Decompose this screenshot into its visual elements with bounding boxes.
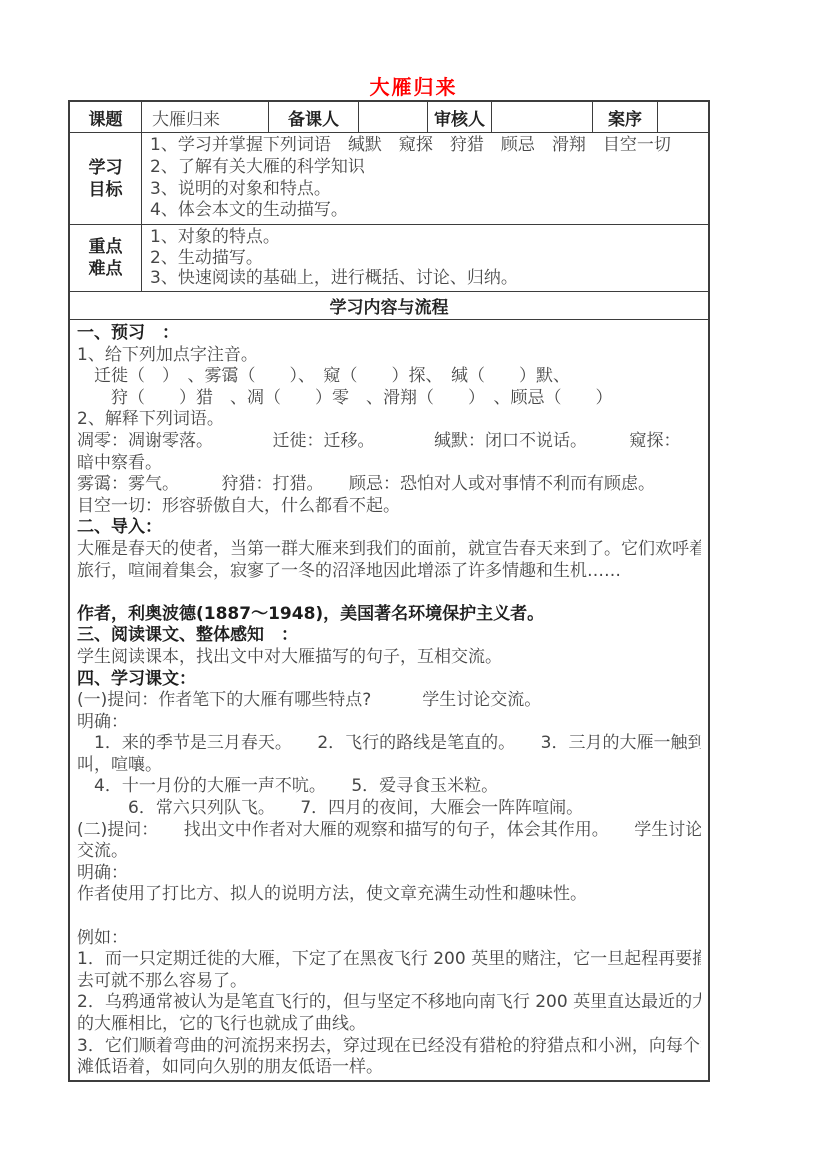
keypoints-label-line2: 难点 [89, 258, 123, 280]
text-line: 大雁是春天的使者，当第一群大雁来到我们的面前，就宣告春天来到了。它们欢呼着 [77, 539, 701, 561]
text-line: 4、体会本文的生动描写。 [150, 200, 700, 222]
text-line: 2．乌鸦通常被认为是笔直飞行的，但与坚定不移地向南飞行 200 英里直达最近的大… [77, 992, 701, 1014]
text-line: 1．而一只定期迁徙的大雁，下定了在黑夜飞行 200 英里的赌注，它一旦起程再要撤… [77, 949, 701, 971]
objectives-label-line1: 学习 [89, 157, 123, 179]
text-line: 2、了解有关大雁的科学知识 [150, 157, 700, 179]
text-line: 2、生动描写。 [150, 248, 700, 269]
text-line: 1、给下列加点字注音。 [77, 345, 701, 367]
text-line: 3、快速阅读的基础上，进行概括、讨论、归纳。 [150, 268, 700, 289]
header-row: 课题 大雁归来 备课人 审核人 案序 [70, 102, 708, 133]
cell-topic-value: 大雁归来 [142, 102, 269, 132]
text-line: 叫，喧嚷。 [77, 755, 701, 777]
text-line: (一)提问：作者笔下的大雁有哪些特点? 学生讨论交流。 [77, 690, 701, 712]
objectives-content: 1、学习并掌握下列词语 缄默 窥探 狩猎 顾忌 滑翔 目空一切2、了解有关大雁的… [142, 133, 708, 224]
text-line: 3、说明的对象和特点。 [150, 179, 700, 201]
text-line: 四、学习课文： [77, 669, 701, 691]
text-line: 例如： [77, 928, 701, 950]
cell-reviewer-value [492, 102, 593, 132]
objectives-label: 学习 目标 [70, 133, 142, 224]
keypoints-content: 1、对象的特点。2、生动描写。3、快速阅读的基础上，进行概括、讨论、归纳。 [142, 225, 708, 291]
text-line: 凋零：凋谢零落。 迁徙：迁移。 缄默：闭口不说话。 窥探： [77, 431, 701, 453]
objectives-label-line2: 目标 [89, 179, 123, 201]
cell-reviewer-label: 审核人 [428, 102, 492, 132]
text-line: 学生阅读课本，找出文中对大雁描写的句子，互相交流。 [77, 647, 701, 669]
objectives-row: 学习 目标 1、学习并掌握下列词语 缄默 窥探 狩猎 顾忌 滑翔 目空一切2、了… [70, 133, 708, 225]
keypoints-row: 重点 难点 1、对象的特点。2、生动描写。3、快速阅读的基础上，进行概括、讨论、… [70, 225, 708, 292]
text-line: 明确： [77, 712, 701, 734]
lesson-plan-table: 课题 大雁归来 备课人 审核人 案序 学习 目标 1、学习并掌握下列词语 缄默 … [68, 100, 710, 1082]
text-line: 1、学习并掌握下列词语 缄默 窥探 狩猎 顾忌 滑翔 目空一切 [150, 135, 700, 157]
text-line: 三、阅读课文、整体感知 ： [77, 625, 701, 647]
cell-case-order-label: 案序 [593, 102, 658, 132]
text-line: 一、预习 ： [77, 323, 701, 345]
keypoints-label-line1: 重点 [89, 236, 123, 258]
cell-preparer-label: 备课人 [269, 102, 359, 132]
text-line: 雾霭：雾气。 狩猎：打猎。 顾忌：恐怕对人或对事情不利而有顾虑。 [77, 474, 701, 496]
text-line [77, 906, 701, 928]
text-line: 1、对象的特点。 [150, 227, 700, 248]
document-page: 大雁归来 课题 大雁归来 备课人 审核人 案序 学习 目标 1、学习并掌握下列词… [0, 0, 827, 1169]
cell-case-order-value [658, 102, 708, 132]
cell-preparer-value [359, 102, 428, 132]
text-line: 作者使用了打比方、拟人的说明方法，使文章充满生动性和趣味性。 [77, 884, 701, 906]
keypoints-label: 重点 难点 [70, 225, 142, 291]
text-line: 交流。 [77, 841, 701, 863]
text-line: 2、解释下列词语。 [77, 409, 701, 431]
text-line: 狩（ ）猎 、凋（ ）零 、滑翔（ ） 、顾忌（ ） [77, 388, 701, 410]
text-line: 滩低语着，如同向久别的朋友低语一样。 [77, 1057, 701, 1079]
text-line: 明确： [77, 863, 701, 885]
text-line: 4．十一月份的大雁一声不吭。 5．爱寻食玉米粒。 [77, 776, 701, 798]
text-line [77, 582, 701, 604]
text-line: 目空一切：形容骄傲自大，什么都看不起。 [77, 496, 701, 518]
text-line: 旅行，喧闹着集会，寂寥了一冬的沼泽地因此增添了许多情趣和生机…… [77, 561, 701, 583]
text-line: 去可就不那么容易了。 [77, 971, 701, 993]
text-line: 6．常六只列队飞。 7．四月的夜间，大雁会一阵阵喧闹。 [77, 798, 701, 820]
text-line: 二、导入： [77, 517, 701, 539]
text-line: 的大雁相比，它的飞行也就成了曲线。 [77, 1014, 701, 1036]
content-row: 一、预习 ：1、给下列加点字注音。 迁徙（ ） 、雾霭（ ）、 窥（ ）探、 缄… [70, 320, 708, 1080]
text-line: 暗中察看。 [77, 453, 701, 475]
text-line: (二)提问： 找出文中作者对大雁的观察和描写的句子，体会其作用。 学生讨论与 [77, 820, 701, 842]
text-line: 3．它们顺着弯曲的河流拐来拐去，穿过现在已经没有猎枪的狩猎点和小洲，向每个沙 [77, 1036, 701, 1058]
flow-header-row: 学习内容与流程 [70, 292, 708, 320]
page-title: 大雁归来 [0, 71, 827, 100]
text-line: 1．来的季节是三月春天。 2．飞行的路线是笔直的。 3．三月的大雁一触到水就 [77, 733, 701, 755]
cell-topic-label: 课题 [70, 102, 142, 132]
text-line: 迁徙（ ） 、雾霭（ ）、 窥（ ）探、 缄（ ）默、 [77, 366, 701, 388]
text-line: 作者，利奥波德(1887～1948)，美国著名环境保护主义者。 [77, 604, 701, 626]
flow-header-title: 学习内容与流程 [330, 293, 449, 318]
